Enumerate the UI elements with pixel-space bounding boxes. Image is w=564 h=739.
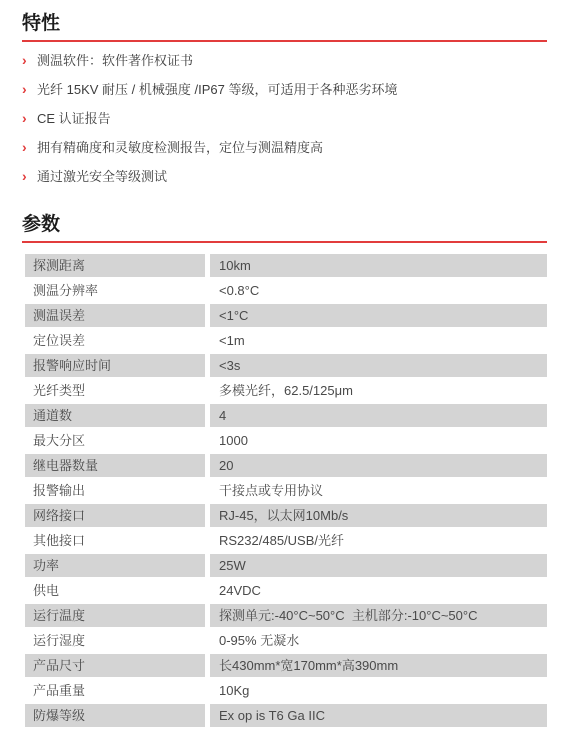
param-value: 1000	[210, 429, 547, 452]
feature-item: ›测温软件：软件著作权证书	[22, 54, 547, 68]
param-label: 供电	[25, 579, 205, 602]
param-value: 24VDC	[210, 579, 547, 602]
param-label: 其他接口	[25, 529, 205, 552]
param-value: 10Kg	[210, 679, 547, 702]
param-label: 探测距离	[25, 254, 205, 277]
param-value: RS232/485/USB/光纤	[210, 529, 547, 552]
param-label: 报警响应时间	[25, 354, 205, 377]
param-label: 定位误差	[25, 329, 205, 352]
table-row: 报警响应时间<3s	[25, 354, 547, 377]
table-row: 供电24VDC	[25, 579, 547, 602]
feature-item: ›拥有精确度和灵敏度检测报告，定位与测温精度高	[22, 141, 547, 155]
param-label: 产品尺寸	[25, 654, 205, 677]
table-row: 产品重量10Kg	[25, 679, 547, 702]
param-label: 继电器数量	[25, 454, 205, 477]
param-value: 干接点或专用协议	[210, 479, 547, 502]
table-row: 光纤类型多模光纤，62.5/125μm	[25, 379, 547, 402]
table-row: 运行湿度0-95% 无凝水	[25, 629, 547, 652]
param-value: 探测单元:-40°C~50°C 主机部分:-10°C~50°C	[210, 604, 547, 627]
feature-item: ›CE 认证报告	[22, 112, 547, 126]
param-value: 10km	[210, 254, 547, 277]
param-value: 20	[210, 454, 547, 477]
param-value: 0-95% 无凝水	[210, 629, 547, 652]
table-row: 测温分辨率<0.8°C	[25, 279, 547, 302]
chevron-bullet-icon: ›	[22, 169, 27, 183]
table-row: 其他接口RS232/485/USB/光纤	[25, 529, 547, 552]
param-value: <1°C	[210, 304, 547, 327]
parameters-divider	[22, 241, 547, 243]
param-value: <1m	[210, 329, 547, 352]
param-label: 网络接口	[25, 504, 205, 527]
features-section: 特性 ›测温软件：软件著作权证书›光纤 15KV 耐压 / 机械强度 /IP67…	[22, 13, 547, 184]
feature-text: 光纤 15KV 耐压 / 机械强度 /IP67 等级，可适用于各种恶劣环境	[37, 82, 397, 97]
param-label: 报警输出	[25, 479, 205, 502]
table-row: 功率25W	[25, 554, 547, 577]
table-row: 通道数4	[25, 404, 547, 427]
param-value: Ex op is T6 Ga IIC	[210, 704, 547, 727]
param-label: 最大分区	[25, 429, 205, 452]
feature-text: 测温软件：软件著作权证书	[37, 53, 193, 68]
features-divider	[22, 40, 547, 42]
table-row: 产品尺寸长430mm*宽170mm*高390mm	[25, 654, 547, 677]
chevron-bullet-icon: ›	[22, 111, 27, 125]
feature-text: CE 认证报告	[37, 111, 111, 126]
param-label: 产品重量	[25, 679, 205, 702]
feature-text: 拥有精确度和灵敏度检测报告，定位与测温精度高	[37, 140, 323, 155]
spec-sheet-page: 特性 ›测温软件：软件著作权证书›光纤 15KV 耐压 / 机械强度 /IP67…	[0, 0, 564, 739]
table-row: 网络接口RJ-45，以太网10Mb/s	[25, 504, 547, 527]
parameters-section: 参数 探测距离10km测温分辨率<0.8°C测温误差<1°C定位误差<1m报警响…	[22, 214, 547, 727]
feature-item: ›通过激光安全等级测试	[22, 170, 547, 184]
feature-text: 通过激光安全等级测试	[37, 169, 167, 184]
feature-item: ›光纤 15KV 耐压 / 机械强度 /IP67 等级，可适用于各种恶劣环境	[22, 83, 547, 97]
table-row: 防爆等级Ex op is T6 Ga IIC	[25, 704, 547, 727]
param-label: 防爆等级	[25, 704, 205, 727]
param-label: 运行湿度	[25, 629, 205, 652]
param-value: 4	[210, 404, 547, 427]
param-value: 多模光纤，62.5/125μm	[210, 379, 547, 402]
table-row: 定位误差<1m	[25, 329, 547, 352]
table-row: 继电器数量20	[25, 454, 547, 477]
table-row: 探测距离10km	[25, 254, 547, 277]
param-label: 光纤类型	[25, 379, 205, 402]
param-label: 运行温度	[25, 604, 205, 627]
features-heading: 特性	[22, 13, 547, 34]
chevron-bullet-icon: ›	[22, 140, 27, 154]
table-row: 运行温度探测单元:-40°C~50°C 主机部分:-10°C~50°C	[25, 604, 547, 627]
param-value: <0.8°C	[210, 279, 547, 302]
param-label: 通道数	[25, 404, 205, 427]
param-label: 测温误差	[25, 304, 205, 327]
table-row: 最大分区1000	[25, 429, 547, 452]
table-row: 报警输出干接点或专用协议	[25, 479, 547, 502]
param-label: 功率	[25, 554, 205, 577]
param-value: RJ-45，以太网10Mb/s	[210, 504, 547, 527]
chevron-bullet-icon: ›	[22, 53, 27, 67]
param-label: 测温分辨率	[25, 279, 205, 302]
parameters-table: 探测距离10km测温分辨率<0.8°C测温误差<1°C定位误差<1m报警响应时间…	[25, 254, 547, 727]
table-row: 测温误差<1°C	[25, 304, 547, 327]
chevron-bullet-icon: ›	[22, 82, 27, 96]
parameters-heading: 参数	[22, 214, 547, 235]
param-value: 25W	[210, 554, 547, 577]
features-list: ›测温软件：软件著作权证书›光纤 15KV 耐压 / 机械强度 /IP67 等级…	[22, 54, 547, 184]
param-value: 长430mm*宽170mm*高390mm	[210, 654, 547, 677]
param-value: <3s	[210, 354, 547, 377]
